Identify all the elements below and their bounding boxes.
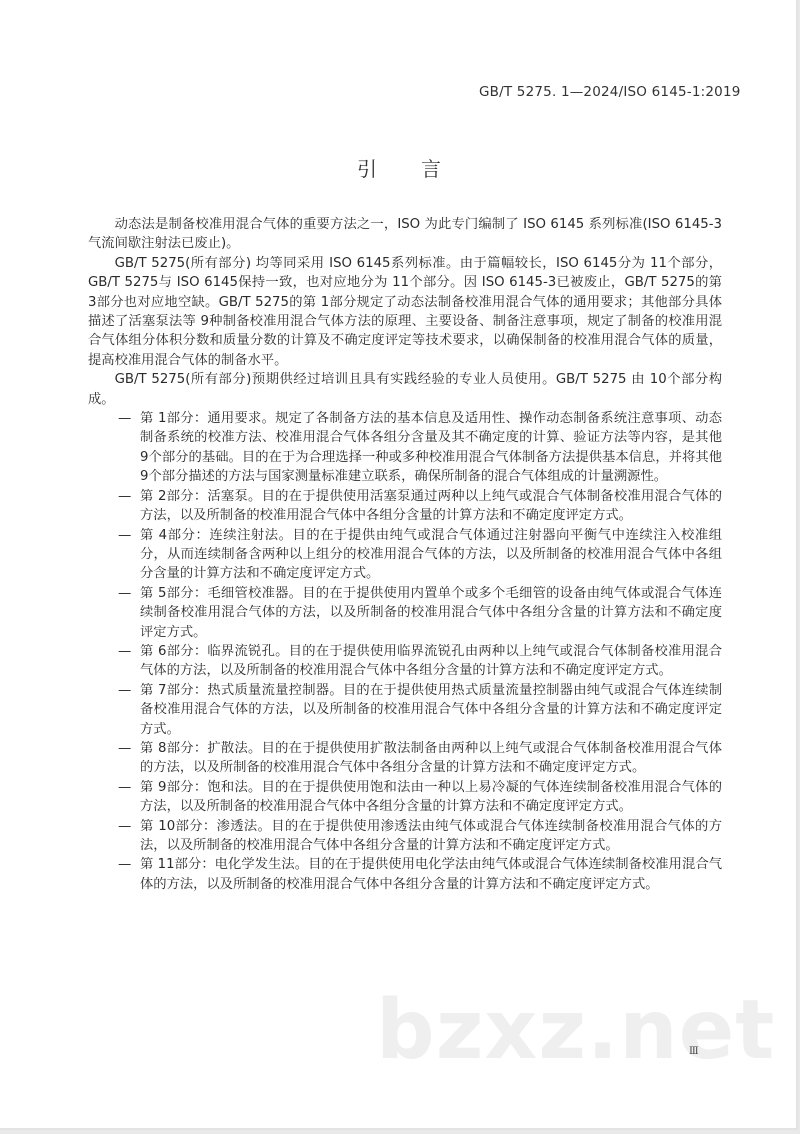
document-page: GB/T 5275. 1—2024/ISO 6145-1:2019 引言 动态法… bbox=[0, 0, 798, 1130]
list-item-part-5: —第 5部分：毛细管校准器。目的在于提供使用内置单个或多个毛细管的设备由纯气体或… bbox=[88, 584, 722, 642]
list-item-part-11: —第 11部分：电化学发生法。目的在于提供使用电化学法由纯气体或混合气体连续制备… bbox=[88, 855, 722, 894]
list-item-text: 第 1部分：通用要求。规定了各制备方法的基本信息及适用性、操作动态制备系统注意事… bbox=[140, 411, 722, 484]
dash-bullet: — bbox=[118, 855, 131, 874]
list-item-part-10: —第 10部分：渗透法。目的在于提供使用渗透法由纯气体或混合气体连续制备校准用混… bbox=[88, 817, 722, 856]
list-item-text: 第 9部分：饱和法。目的在于提供使用饱和法由一种以上易冷凝的气体连续制备校准用混… bbox=[140, 780, 722, 814]
standard-identifier: GB/T 5275. 1—2024/ISO 6145-1:2019 bbox=[479, 84, 741, 100]
dash-bullet: — bbox=[118, 778, 131, 797]
list-item-part-9: —第 9部分：饱和法。目的在于提供使用饱和法由一种以上易冷凝的气体连续制备校准用… bbox=[88, 778, 722, 817]
list-item-part-7: —第 7部分：热式质量流量控制器。目的在于提供使用热式质量流量控制器由纯气或混合… bbox=[88, 681, 722, 739]
introduction-body: 动态法是制备校准用混合气体的重要方法之一，ISO 为此专门编制了 ISO 614… bbox=[88, 215, 722, 894]
watermark: bzxz.net bbox=[376, 990, 775, 1072]
paragraph-audience: GB/T 5275(所有部分)预期供经过培训且具有实践经验的专业人员使用。GB/… bbox=[88, 370, 722, 409]
list-item-part-4: —第 4部分：连续注射法。目的在于提供由纯气或混合气体通过注射器向平衡气中连续注… bbox=[88, 526, 722, 584]
list-item-text: 第 6部分：临界流锐孔。目的在于提供使用临界流锐孔由两种以上纯气或混合气体制备校… bbox=[140, 644, 722, 678]
dash-bullet: — bbox=[118, 409, 131, 428]
list-item-text: 第 4部分：连续注射法。目的在于提供由纯气或混合气体通过注射器向平衡气中连续注入… bbox=[140, 528, 722, 582]
list-item-part-8: —第 8部分：扩散法。目的在于提供使用扩散法制备由两种以上纯气或混合气体制备校准… bbox=[88, 739, 722, 778]
dash-bullet: — bbox=[118, 817, 131, 836]
list-item-text: 第 11部分：电化学发生法。目的在于提供使用电化学法由纯气体或混合气体连续制备校… bbox=[140, 857, 722, 891]
dash-bullet: — bbox=[118, 526, 131, 545]
dash-bullet: — bbox=[118, 487, 131, 506]
dash-bullet: — bbox=[118, 739, 131, 758]
paragraph-structure: GB/T 5275(所有部分) 均等同采用 ISO 6145系列标准。由于篇幅较… bbox=[88, 254, 722, 370]
list-item-part-6: —第 6部分：临界流锐孔。目的在于提供使用临界流锐孔由两种以上纯气或混合气体制备… bbox=[88, 642, 722, 681]
list-item-text: 第 10部分：渗透法。目的在于提供使用渗透法由纯气体或混合气体连续制备校准用混合… bbox=[140, 819, 722, 853]
list-item-text: 第 7部分：热式质量流量控制器。目的在于提供使用热式质量流量控制器由纯气或混合气… bbox=[140, 683, 722, 737]
paragraph-intro: 动态法是制备校准用混合气体的重要方法之一，ISO 为此专门编制了 ISO 614… bbox=[88, 215, 722, 254]
list-item-part-2: —第 2部分：活塞泵。目的在于提供使用活塞泵通过两种以上纯气或混合气体制备校准用… bbox=[88, 487, 722, 526]
dash-bullet: — bbox=[118, 584, 131, 603]
list-item-text: 第 2部分：活塞泵。目的在于提供使用活塞泵通过两种以上纯气或混合气体制备校准用混… bbox=[140, 489, 722, 523]
dash-bullet: — bbox=[118, 681, 131, 700]
parts-list: —第 1部分：通用要求。规定了各制备方法的基本信息及适用性、操作动态制备系统注意… bbox=[88, 409, 722, 894]
list-item-text: 第 5部分：毛细管校准器。目的在于提供使用内置单个或多个毛细管的设备由纯气体或混… bbox=[140, 586, 722, 640]
list-item-part-1: —第 1部分：通用要求。规定了各制备方法的基本信息及适用性、操作动态制备系统注意… bbox=[88, 409, 722, 487]
page-number: Ⅲ bbox=[689, 1046, 699, 1057]
dash-bullet: — bbox=[118, 642, 131, 661]
list-item-text: 第 8部分：扩散法。目的在于提供使用扩散法制备由两种以上纯气或混合气体制备校准用… bbox=[140, 741, 722, 775]
section-title: 引言 bbox=[357, 153, 485, 182]
